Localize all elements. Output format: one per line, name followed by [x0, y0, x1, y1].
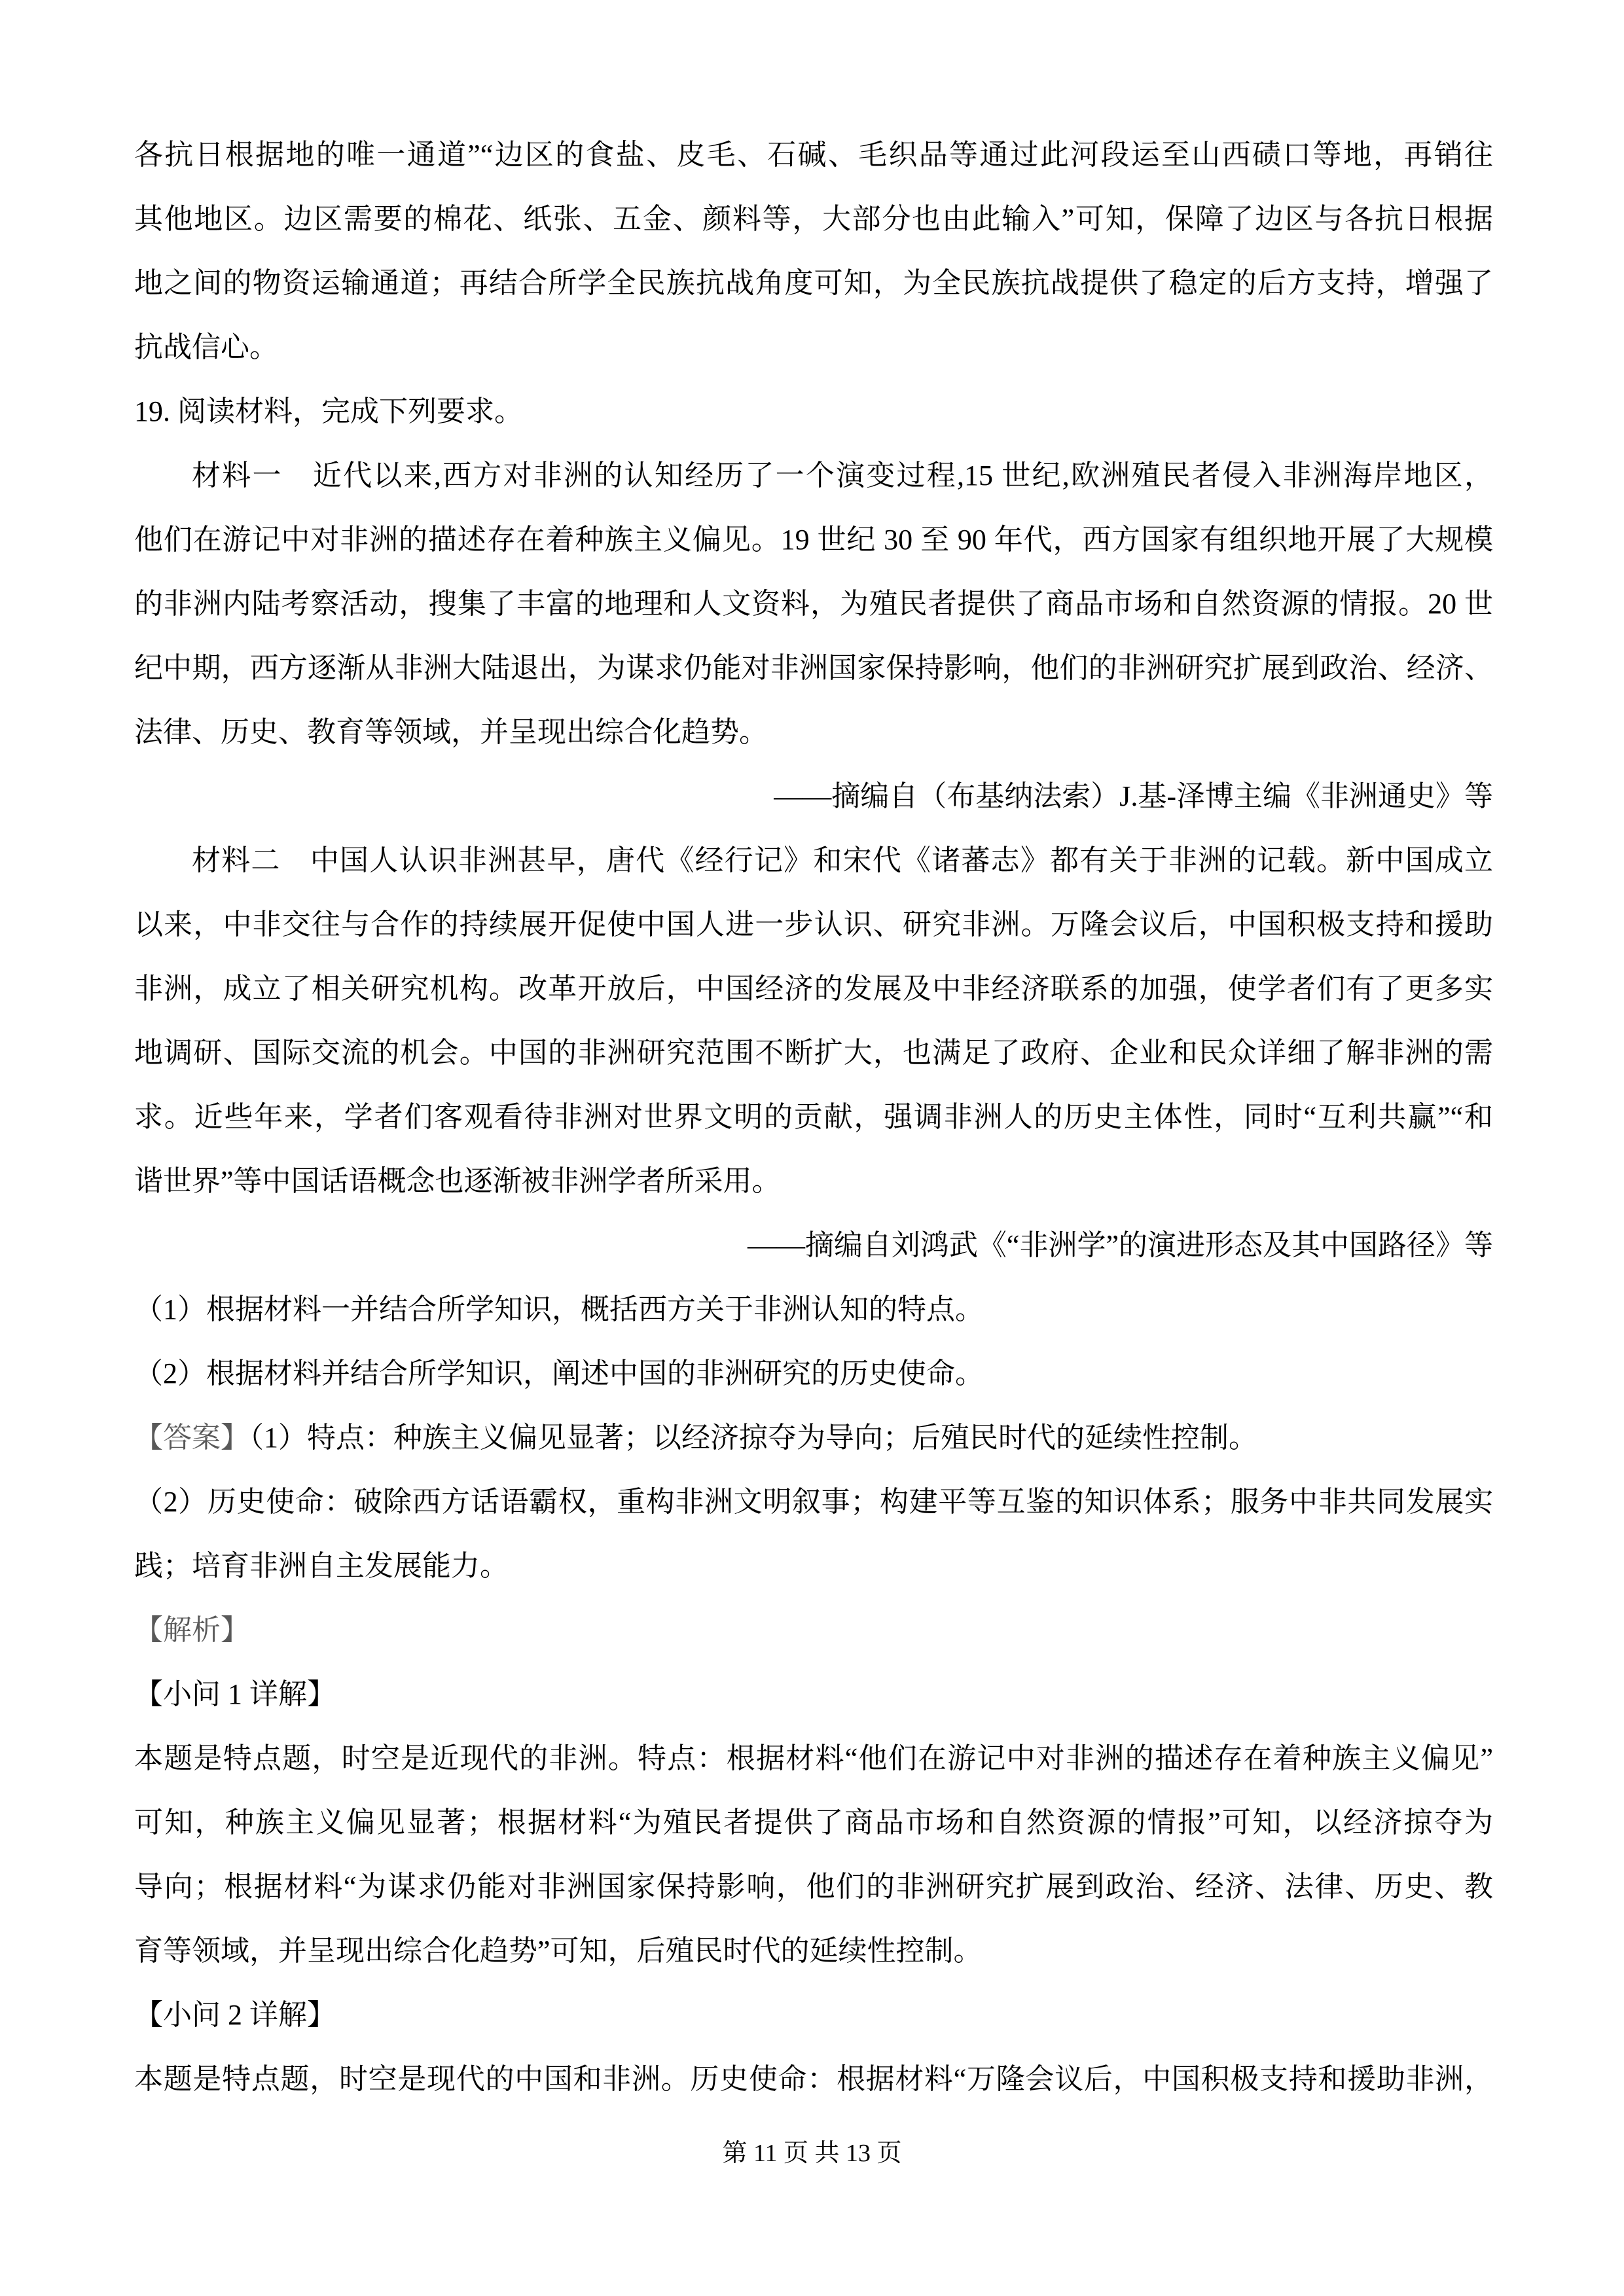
answer-line: 【答案】（1）特点：种族主义偏见显著；以经济掠夺为导向；后殖民时代的延续性控制。 — [134, 1406, 1493, 1470]
material-2-line: 非洲，成立了相关研究机构。改革开放后，中国经济的发展及中非经济联系的加强，使学者… — [134, 957, 1493, 1021]
material-1-line: 他们在游记中对非洲的描述存在着种族主义偏见。19 世纪 30 至 90 年代，西… — [134, 508, 1493, 572]
sub-question-2: （2）根据材料并结合所学知识，阐述中国的非洲研究的历史使命。 — [134, 1342, 1493, 1406]
text-line: 其他地区。边区需要的棉花、纸张、五金、颜料等，大部分也由此输入”可知，保障了边区… — [134, 187, 1493, 251]
material-2-line: 谐世界”等中国话语概念也逐渐被非洲学者所采用。 — [134, 1149, 1493, 1213]
analysis-line: 可知，种族主义偏见显著；根据材料“为殖民者提供了商品市场和自然资源的情报”可知，… — [134, 1791, 1493, 1855]
text-line: 各抗日根据地的唯一通道”“边区的食盐、皮毛、石碱、毛织品等通过此河段运至山西碛口… — [134, 123, 1493, 187]
material-2-line: 求。近些年来，学者们客观看待非洲对世界文明的贡献，强调非洲人的历史主体性，同时“… — [134, 1085, 1493, 1149]
analysis-line: 导向；根据材料“为谋求仍能对非洲国家保持影响，他们的非洲研究扩展到政治、经济、法… — [134, 1855, 1493, 1919]
material-1-source: ——摘编自（布基纳法索）J.基-泽博主编《非洲通史》等 — [134, 764, 1493, 829]
material-1-line: 法律、历史、教育等领域，并呈现出综合化趋势。 — [134, 700, 1493, 764]
material-1-line: 纪中期，西方逐渐从非洲大陆退出，为谋求仍能对非洲国家保持影响，他们的非洲研究扩展… — [134, 636, 1493, 700]
page-content: 各抗日根据地的唯一通道”“边区的食盐、皮毛、石碱、毛织品等通过此河段运至山西碛口… — [134, 123, 1493, 2111]
material-2-line: 以来，中非交往与合作的持续展开促使中国人进一步认识、研究非洲。万隆会议后，中国积… — [134, 893, 1493, 957]
analysis-subq1-label: 【小问 1 详解】 — [134, 1662, 1493, 1727]
page-number-footer: 第 11 页 共 13 页 — [0, 2132, 1624, 2168]
sub-question-1: （1）根据材料一并结合所学知识，概括西方关于非洲认知的特点。 — [134, 1278, 1493, 1342]
material-2-line: 地调研、国际交流的机会。中国的非洲研究范围不断扩大，也满足了政府、企业和民众详细… — [134, 1021, 1493, 1085]
analysis-line: 育等领域，并呈现出综合化趋势”可知，后殖民时代的延续性控制。 — [134, 1919, 1493, 1983]
material-1-line: 材料一 近代以来,西方对非洲的认知经历了一个演变过程,15 世纪,欧洲殖民者侵入… — [134, 444, 1493, 508]
answer-marker: 【答案】 — [134, 1422, 249, 1454]
material-2-source: ——摘编自刘鸿武《“非洲学”的演进形态及其中国路径》等 — [134, 1213, 1493, 1278]
material-2-line: 材料二 中国人认识非洲甚早，唐代《经行记》和宋代《诸蕃志》都有关于非洲的记载。新… — [134, 829, 1493, 893]
material-1-line: 的非洲内陆考察活动，搜集了丰富的地理和人文资料，为殖民者提供了商品市场和自然资源… — [134, 572, 1493, 636]
text-line: 抗战信心。 — [134, 315, 1493, 380]
analysis-marker: 【解析】 — [134, 1598, 1493, 1662]
text-line: 地之间的物资运输通道；再结合所学全民族抗战角度可知，为全民族抗战提供了稳定的后方… — [134, 251, 1493, 315]
answer-q1-text: （1）特点：种族主义偏见显著；以经济掠夺为导向；后殖民时代的延续性控制。 — [249, 1422, 1257, 1454]
answer-line: 践；培育非洲自主发展能力。 — [134, 1534, 1493, 1598]
question-19-stem: 19. 阅读材料，完成下列要求。 — [134, 380, 1493, 444]
answer-line: （2）历史使命：破除西方话语霸权，重构非洲文明叙事；构建平等互鉴的知识体系；服务… — [134, 1470, 1493, 1534]
analysis-subq2-label: 【小问 2 详解】 — [134, 1983, 1493, 2047]
document-page: 各抗日根据地的唯一通道”“边区的食盐、皮毛、石碱、毛织品等通过此河段运至山西碛口… — [0, 0, 1624, 2296]
analysis-line: 本题是特点题，时空是现代的中国和非洲。历史使命：根据材料“万隆会议后，中国积极支… — [134, 2047, 1493, 2111]
analysis-line: 本题是特点题，时空是近现代的非洲。特点：根据材料“他们在游记中对非洲的描述存在着… — [134, 1727, 1493, 1791]
